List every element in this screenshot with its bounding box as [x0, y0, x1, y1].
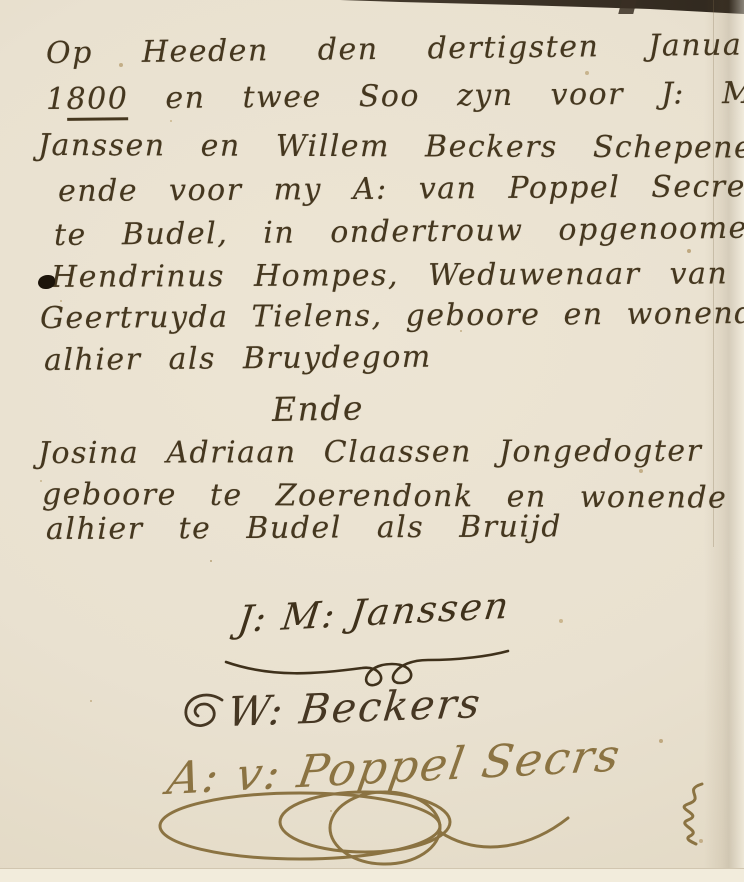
- ink-blot: [38, 275, 55, 289]
- paper-speckles: [0, 0, 2, 2]
- signature-beckers-text: W: Beckers: [225, 679, 484, 736]
- line-7-text: Geertruyda Tielens, geboore en wonende: [40, 296, 744, 336]
- line-1-text: Op Heeden den dertigsten January: [46, 27, 744, 71]
- line-2-underlined-year: 800: [66, 81, 128, 121]
- signature-janssen-text: J: M: Janssen: [235, 584, 513, 641]
- line-4-text: ende voor my A: van Poppel Secretaris: [58, 169, 744, 209]
- manuscript-line-1: Op Heeden den dertigsten January: [46, 27, 744, 71]
- signature-van-poppel-flourish: [150, 788, 580, 874]
- manuscript-line-8: alhier als Bruydegom: [44, 340, 432, 378]
- signature-beckers: W: Beckers: [225, 679, 484, 736]
- line-2-pre: 1: [46, 82, 67, 117]
- ende-text: Ende: [272, 388, 365, 429]
- signature-janssen: J: M: Janssen: [235, 584, 513, 641]
- binding-notch: [618, 0, 636, 14]
- line-10-text: Josina Adriaan Claassen Jongedogter: [38, 434, 703, 471]
- manuscript-line-7: Geertruyda Tielens, geboore en wonende: [40, 296, 744, 336]
- line-12-text: alhier te Budel als Bruijd: [46, 509, 562, 547]
- manuscript-line-2: 1800 en twee Soo zyn voor J: M:: [46, 76, 744, 117]
- manuscript-page: Op Heeden den dertigsten January 1800 en…: [0, 0, 744, 882]
- manuscript-line-3: Janssen en Willem Beckers Schepenen: [38, 128, 744, 166]
- line-5-text: te Budel, in ondertrouw opgenoomen: [54, 211, 744, 253]
- manuscript-line-5: te Budel, in ondertrouw opgenoomen: [54, 211, 744, 253]
- manuscript-line-10: Josina Adriaan Claassen Jongedogter: [38, 434, 703, 471]
- manuscript-line-4: ende voor my A: van Poppel Secretaris: [58, 169, 744, 209]
- line-2-post: en twee Soo zyn voor J: M:: [128, 76, 744, 117]
- manuscript-line-ende: Ende: [272, 388, 365, 429]
- manuscript-line-12: alhier te Budel als Bruijd: [46, 509, 562, 547]
- manuscript-line-6: Hendrinus Hompes, Weduwenaar van: [38, 256, 728, 295]
- line-3-text: Janssen en Willem Beckers Schepenen: [38, 128, 744, 166]
- line-6-text: Hendrinus Hompes, Weduwenaar van: [51, 256, 728, 295]
- signature-van-poppel-squiggle: [672, 782, 712, 846]
- signature-beckers-spiral: [178, 688, 228, 738]
- line-8-text: alhier als Bruydegom: [44, 340, 432, 378]
